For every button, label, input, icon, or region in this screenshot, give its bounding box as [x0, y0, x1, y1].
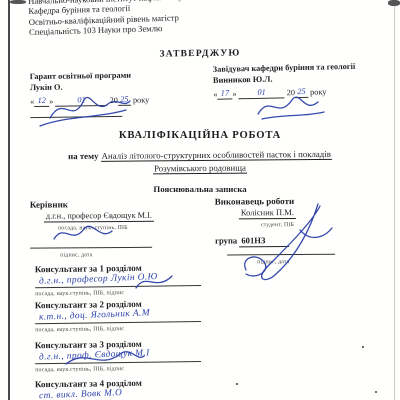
head-of-department-signature — [252, 92, 330, 124]
day-blank: 17 — [217, 87, 232, 99]
scan-right-edge-line — [394, 0, 395, 400]
scan-speck — [236, 383, 238, 385]
consultant-2-block: Консультант за 2 розділом к.т.н., доц. Я… — [35, 298, 220, 337]
work-title: КВАЛІФІКАЦІЙНА РОБОТА — [0, 130, 400, 141]
consultant-1-signature — [130, 270, 180, 294]
scan-speck — [375, 391, 377, 393]
head-of-department-name: Винников Ю.Л. — [213, 71, 388, 86]
scan-smudge-top-left — [10, 0, 26, 4]
supervisor-signature — [48, 221, 118, 247]
guarantor-signature — [36, 88, 136, 130]
topic-text-line2: Розумівського родовища — [153, 163, 247, 175]
consultant-3-signature — [60, 346, 150, 370]
quote-close: » — [232, 89, 236, 98]
day-value: 17 — [221, 89, 229, 98]
consultant-4-block: Консультант за 4 розділом ст. викл. Вовк… — [35, 377, 220, 400]
consultant-2-entry: к.т.н., доц. Ягольник А.М — [35, 309, 201, 324]
approve-heading: ЗАТВЕРДЖУЮ — [0, 45, 400, 62]
scan-smudge-top-right — [388, 0, 400, 6]
executor-signature — [238, 200, 356, 288]
consultant-2-caption: посада, наук.ступінь, ПІБ, підпис — [35, 323, 220, 337]
supervisor-signature-line — [30, 247, 152, 249]
supervisor-signature-caption: підпис, дата — [60, 249, 210, 261]
scanned-thesis-title-page: Навчально-науковий інститут нафти і газу… — [0, 0, 400, 400]
topic-line-2: Розумівського родовища — [0, 161, 400, 174]
topic-label: на тему — [68, 151, 98, 161]
topic-line-1: на тему Аналіз літолого-структурних особ… — [0, 148, 400, 161]
scan-speck — [362, 346, 364, 348]
topic-text-line1: Аналіз літолого-структурних особливостей… — [101, 149, 332, 162]
explanatory-note-label: Пояснювальна записка — [0, 184, 400, 194]
consultant-1-block: Консультант за 1 розділом д.г.н., профес… — [35, 262, 220, 301]
group-label: група — [215, 235, 237, 245]
consultant-4-entry: ст. викл. Вовк М.О — [35, 388, 201, 400]
institution-header: Навчально-науковий інститут нафти і газу… — [28, 0, 184, 38]
